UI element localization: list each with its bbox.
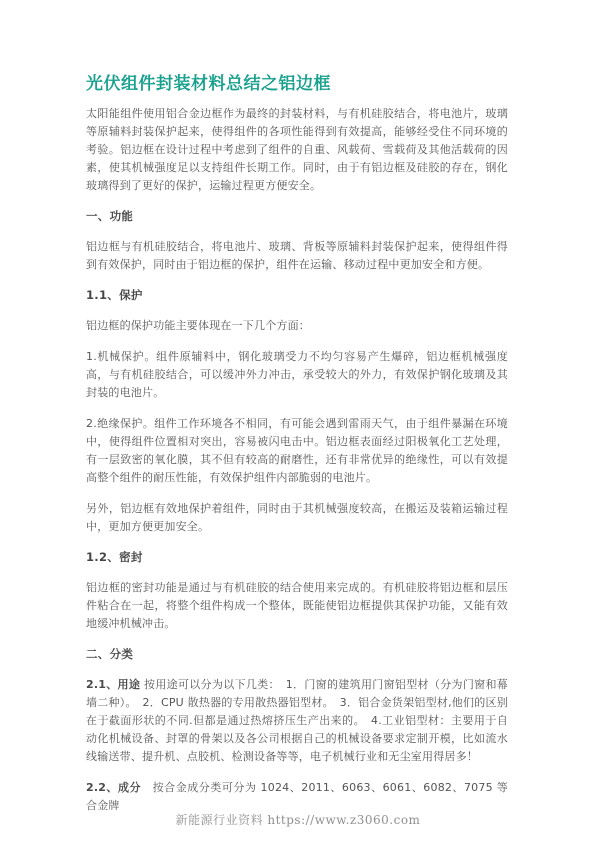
classification-usage-paragraph: 2.1、用途 按用途可以分为以下几类： 1．门窗的建筑用门窗铝型材（分为门窗和幕… <box>86 676 508 766</box>
composition-text: 按合金成分类可分为 1024、2011、6063、6061、6082、7075 … <box>86 781 508 812</box>
sealing-paragraph: 铝边框的密封功能是通过与有机硅胶的结合使用来完成的。有机硅胶将铝边框和层压件粘合… <box>86 579 508 633</box>
protection-item-insulation: 2.绝缘保护。组件工作环境各不相同，有可能会遇到雷雨天气，由于组件暴漏在环境中，… <box>86 415 508 487</box>
watermark-text: 新能源行业资料 https://www.z3060.com <box>176 813 421 827</box>
section-1-2-heading: 1.2、密封 <box>86 549 508 565</box>
intro-paragraph: 太阳能组件使用铝合金边框作为最终的封装材料，与有机硅胶结合，将电池片，玻璃等原辅… <box>86 105 508 195</box>
section-1-1-heading: 1.1、保护 <box>86 287 508 303</box>
watermark-footer: 新能源行业资料 https://www.z3060.com <box>0 811 596 828</box>
protection-intro: 铝边框的保护功能主要体现在一下几个方面： <box>86 317 508 335</box>
usage-text: 按用途可以分为以下几类： 1．门窗的建筑用门窗铝型材（分为门窗和幕墙二种）。 2… <box>86 678 508 763</box>
document-page: 光伏组件封装材料总结之铝边框 太阳能组件使用铝合金边框作为最终的封装材料，与有机… <box>0 0 596 842</box>
section-2-heading: 二、分类 <box>86 646 508 662</box>
protection-item-mechanical: 1.机械保护。组件原辅料中，钢化玻璃受力不均匀容易产生爆碎，铝边框机械强度高，与… <box>86 348 508 402</box>
composition-label: 2.2、成分 <box>86 781 141 794</box>
document-title: 光伏组件封装材料总结之铝边框 <box>86 72 508 96</box>
usage-label: 2.1、用途 <box>86 678 140 691</box>
section-1-overview: 铝边框与有机硅胶结合，将电池片、玻璃、背板等原辅料封装保护起来，使得组件得到有效… <box>86 238 508 274</box>
classification-composition-paragraph: 2.2、成分 按合金成分类可分为 1024、2011、6063、6061、608… <box>86 779 508 815</box>
section-1-heading: 一、功能 <box>86 208 508 224</box>
protection-extra-note: 另外，铝边框有效地保护着组件，同时由于其机械强度较高，在搬运及装箱运输过程中，更… <box>86 500 508 536</box>
